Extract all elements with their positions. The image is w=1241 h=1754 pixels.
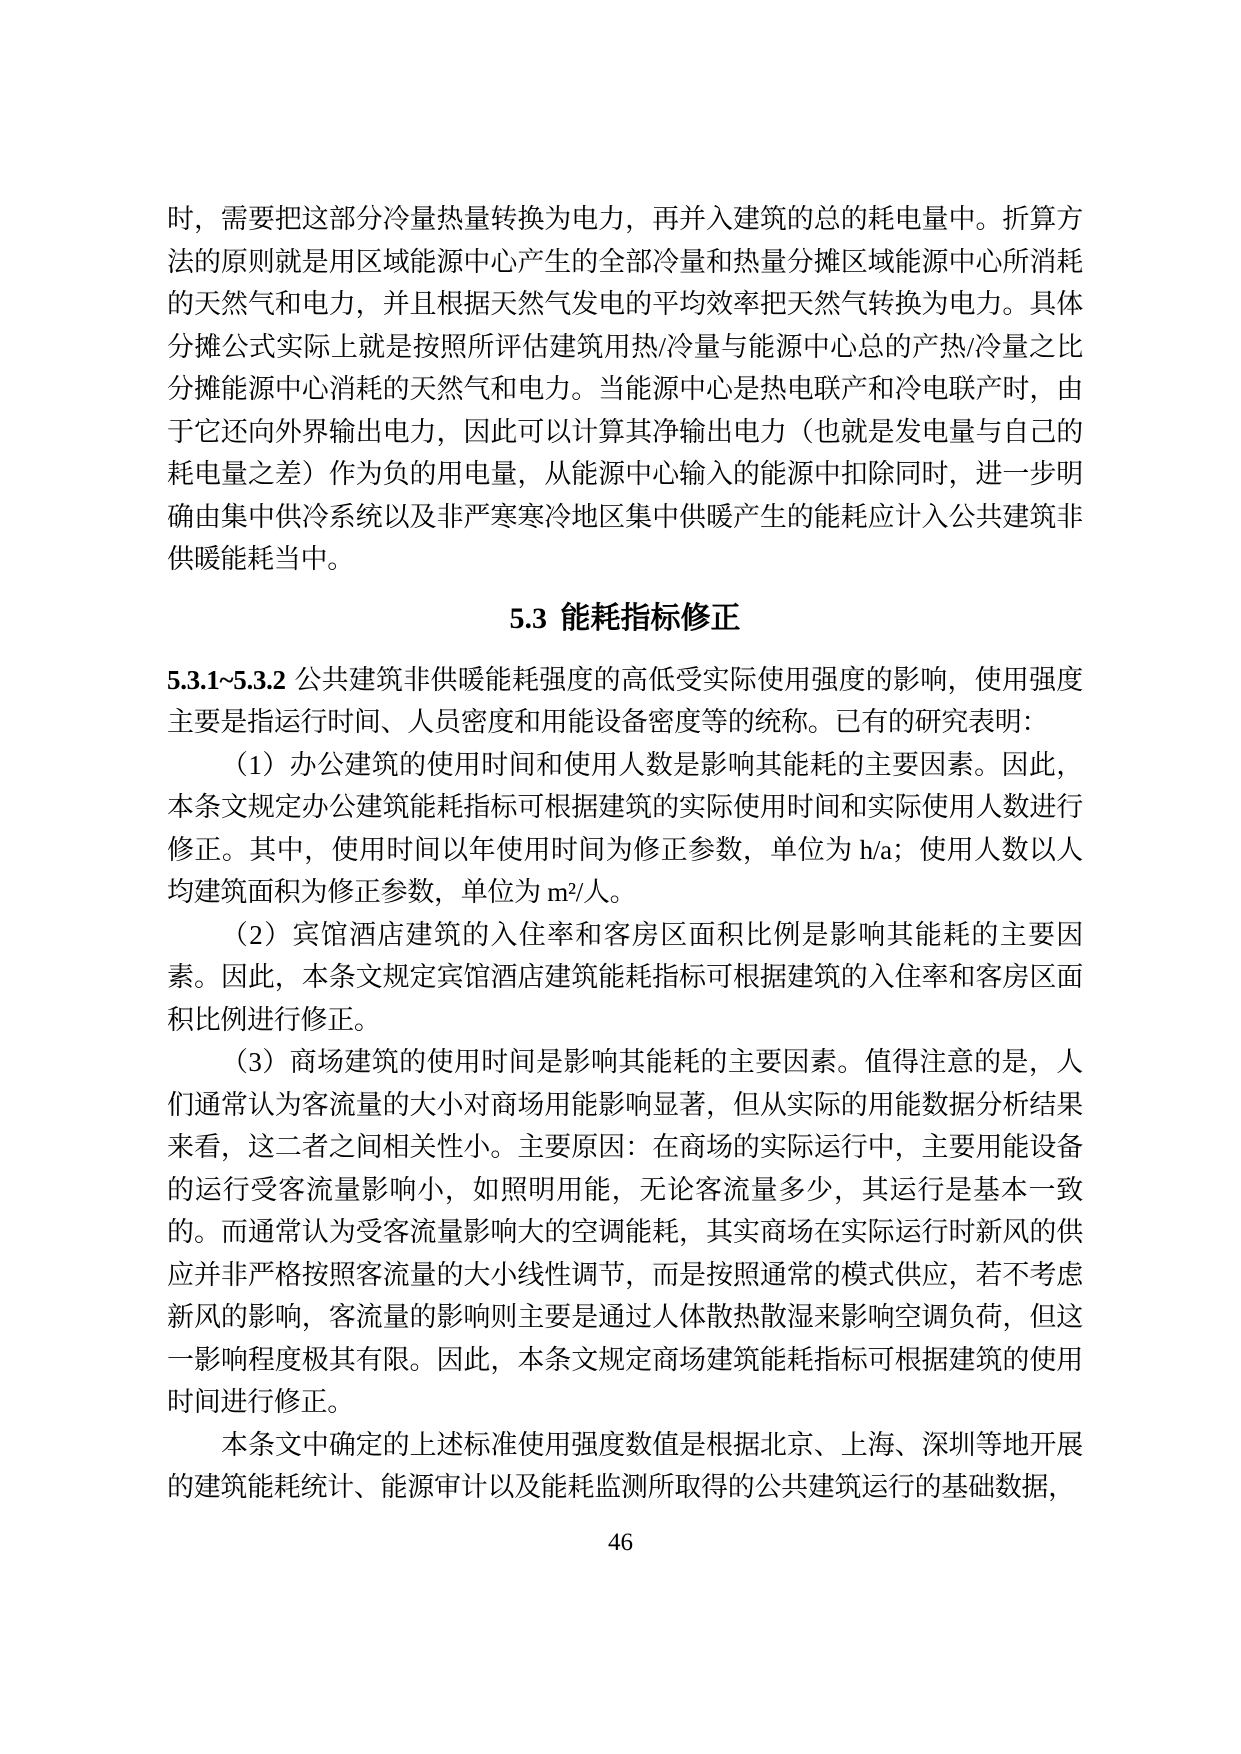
document-page: 时，需要把这部分冷量热量转换为电力，再并入建筑的总的耗电量中。折算方法的原则就是… (0, 0, 1241, 1754)
list-item-office: （1）办公建筑的使用时间和使用人数是影响其能耗的主要因素。因此，本条文规定办公建… (167, 744, 1083, 914)
list-item-hotel: （2）宾馆酒店建筑的入住率和客房区面积比例是影响其能耗的主要因素。因此，本条文规… (167, 914, 1083, 1042)
section-number: 5.3 (510, 602, 548, 635)
clause-number: 5.3.1~5.3.2 (167, 665, 286, 695)
page-content: 时，需要把这部分冷量热量转换为电力，再并入建筑的总的耗电量中。折算方法的原则就是… (167, 198, 1083, 1509)
paragraph-closing: 本条文中确定的上述标准使用强度数值是根据北京、上海、深圳等地开展的建筑能耗统计、… (167, 1424, 1083, 1509)
section-heading: 5.3能耗指标修正 (167, 597, 1083, 641)
page-number: 46 (0, 1528, 1241, 1558)
clause-text: 公共建筑非供暖能耗强度的高低受实际使用强度的影响，使用强度主要是指运行时间、人员… (167, 665, 1083, 738)
paragraph-continuation: 时，需要把这部分冷量热量转换为电力，再并入建筑的总的耗电量中。折算方法的原则就是… (167, 198, 1083, 581)
section-title: 能耗指标修正 (561, 602, 741, 635)
clause-paragraph: 5.3.1~5.3.2公共建筑非供暖能耗强度的高低受实际使用强度的影响，使用强度… (167, 659, 1083, 744)
list-item-mall: （3）商场建筑的使用时间是影响其能耗的主要因素。值得注意的是，人们通常认为客流量… (167, 1041, 1083, 1424)
